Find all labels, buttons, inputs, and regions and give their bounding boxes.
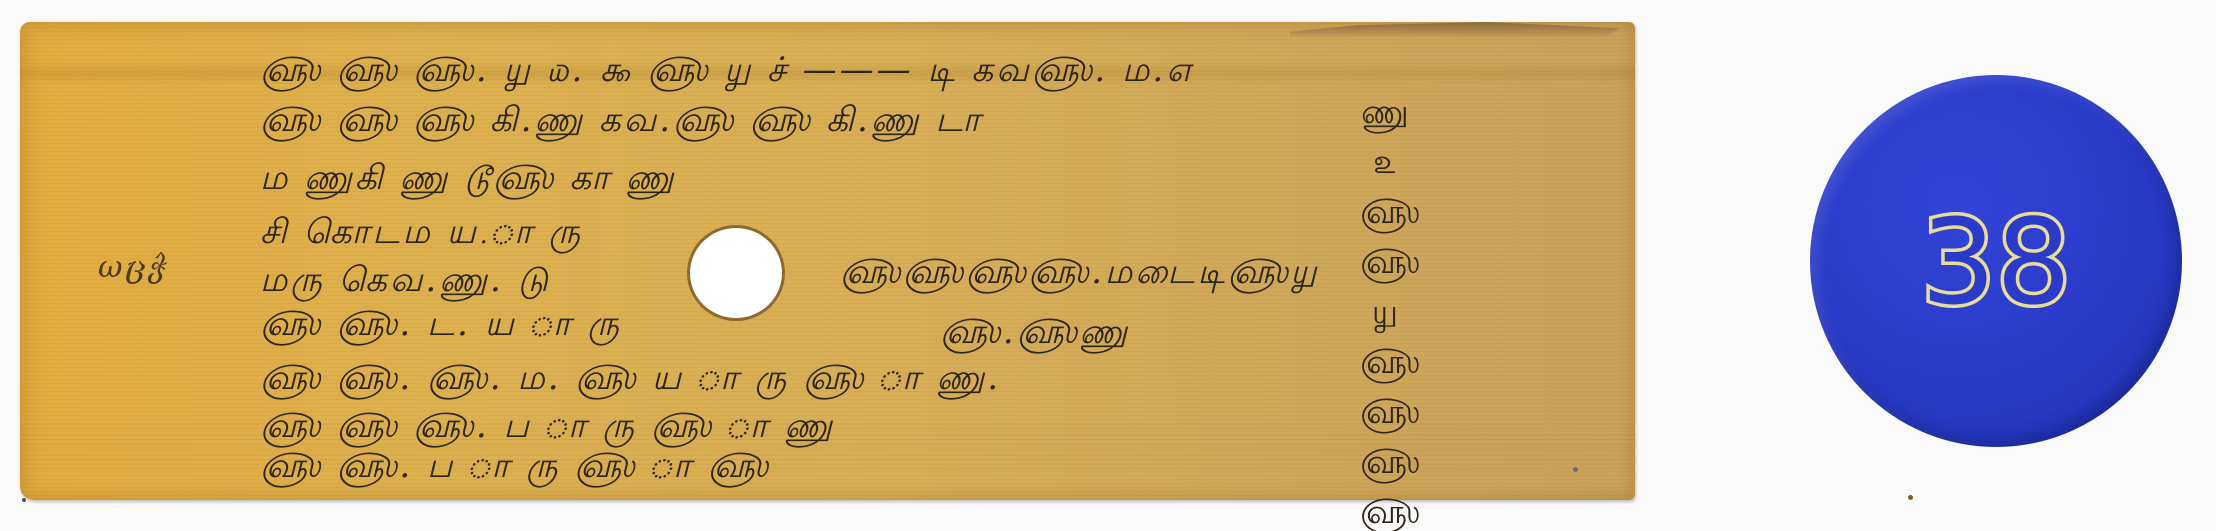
vertical-glyph: ௶: [1360, 292, 1410, 336]
manuscript-line-9: ௵ ௵. ப ா ரு ௵ ா ௵: [260, 446, 771, 490]
vertical-glyph: ௵: [1360, 342, 1410, 386]
center-text-line-2: ௵.௵ணு: [940, 312, 1130, 356]
vertical-glyph: ௵: [1360, 442, 1410, 486]
blue-number-disc: 38: [1810, 75, 2182, 447]
vertical-text-column: ணு ௨ ௵ ௵ ௶ ௵ ௵ ௵ ௵: [1360, 92, 1410, 531]
manuscript-line-1: ௵ ௵ ௵. ௶ ௰. ௯ ௵ ௶ ச் ——— டி கவ௵. ம.௭: [260, 50, 1195, 94]
palm-leaf-manuscript: ωცჭ ௵ ௵ ௵. ௶ ௰. ௯ ௵ ௶ ச் ——— டி கவ௵. ம.௭…: [20, 22, 1635, 500]
ink-speck: [1573, 467, 1578, 472]
vertical-glyph: ௵: [1360, 492, 1410, 531]
manuscript-line-3: ம ணுகி ணு டூ௵ கா ணு: [260, 158, 677, 202]
manuscript-line-2: ௵ ௵ ௵ கி.ணு கவ.௵ ௵ கி.ணு டா: [260, 100, 983, 144]
center-text-line-1: ௵௵௵௵.மடைடி௵௶: [840, 252, 1320, 296]
vertical-glyph: ௵: [1360, 392, 1410, 436]
vertical-glyph: ணு: [1360, 92, 1410, 136]
margin-note: ωცჭ: [98, 250, 170, 285]
debris-speck: [22, 498, 26, 502]
manuscript-line-4: சி கொடம ய.ா ரு: [260, 212, 583, 256]
manuscript-line-7: ௵ ௵. ௵. ம. ௵ ய ா ரு ௵ ா ணு.: [260, 358, 1001, 402]
vertical-glyph: ௨: [1360, 142, 1410, 186]
manuscript-line-5: மரு கெவ.ணு. டு: [260, 260, 551, 304]
manuscript-line-6: ௵ ௵. ட. ய ா ரு: [260, 304, 622, 348]
vertical-glyph: ௵: [1360, 192, 1410, 236]
manuscript-line-8: ௵ ௵ ௵. ப ா ரு ௵ ா ணு: [260, 406, 835, 450]
string-hole: [690, 228, 782, 318]
disc-number: 38: [1810, 193, 2182, 331]
debris-speck: [1908, 495, 1913, 500]
vertical-glyph: ௵: [1360, 242, 1410, 286]
